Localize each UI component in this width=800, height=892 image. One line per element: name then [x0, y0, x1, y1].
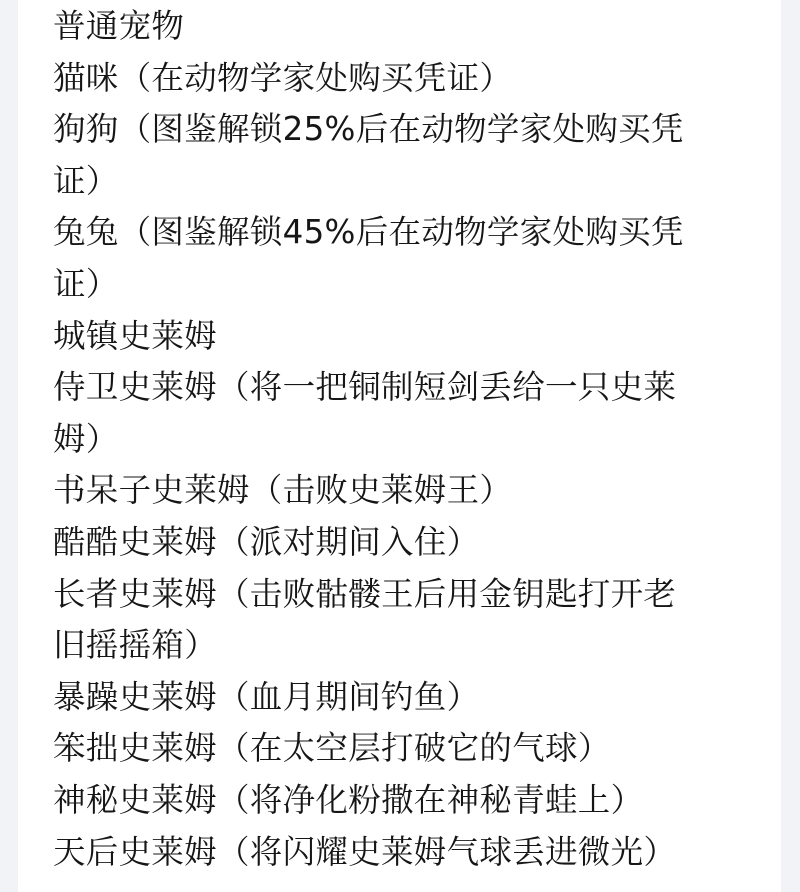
list-item-mystic-slime: 神秘史莱姆（将净化粉撒在神秘青蛙上） [53, 775, 753, 827]
section-heading-town-slimes: 城镇史莱姆 [53, 311, 753, 363]
list-item-elder-slime: 长者史莱姆（击败骷髅王后用金钥匙打开老 [53, 569, 753, 621]
list-item-surly-slime: 天后史莱姆（将闪耀史莱姆气球丢进微光） [53, 827, 753, 879]
list-item-bunny-cont: 证） [53, 259, 753, 311]
section-heading-normal-pets: 普通宠物 [53, 1, 753, 53]
list-item-bunny: 兔兔（图鉴解锁45%后在动物学家处购买凭 [53, 207, 753, 259]
list-item-nerdy-slime: 书呆子史莱姆（击败史莱姆王） [53, 465, 753, 517]
list-item-cat: 猫咪（在动物学家处购买凭证） [53, 53, 753, 105]
list-item-cool-slime: 酷酷史莱姆（派对期间入住） [53, 517, 753, 569]
pet-list-text: 普通宠物 猫咪（在动物学家处购买凭证） 狗狗（图鉴解锁25%后在动物学家处购买凭… [53, 1, 753, 878]
list-item-squire-slime: 侍卫史莱姆（将一把铜制短剑丢给一只史莱 [53, 362, 753, 414]
content-card: 普通宠物 猫咪（在动物学家处购买凭证） 狗狗（图鉴解锁25%后在动物学家处购买凭… [18, 0, 781, 892]
list-item-squire-slime-cont: 姆） [53, 414, 753, 466]
list-item-dog: 狗狗（图鉴解锁25%后在动物学家处购买凭 [53, 104, 753, 156]
list-item-diva-slime: 笨拙史莱姆（在太空层打破它的气球） [53, 723, 753, 775]
list-item-clumsy-slime: 暴躁史莱姆（血月期间钓鱼） [53, 672, 753, 724]
list-item-dog-cont: 证） [53, 156, 753, 208]
list-item-elder-slime-cont: 旧摇摇箱） [53, 620, 753, 672]
